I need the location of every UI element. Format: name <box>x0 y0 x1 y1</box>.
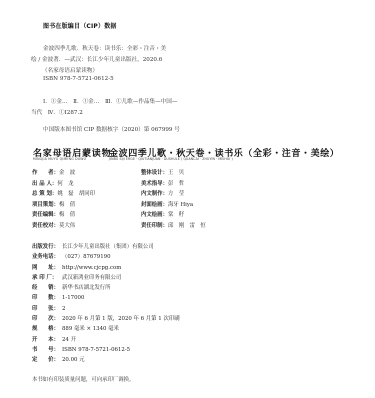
website-link: http://www.cjcpg.com <box>62 265 121 271</box>
publication-info: 出版发行：长江少年儿童出版社（集团）有限公司 业务电话：（027）8767919… <box>32 242 180 366</box>
credit-label: 作 者： <box>32 168 59 179</box>
pub-value: 新华书店湖北发行所 <box>62 285 111 291</box>
pub-label: 出版发行： <box>32 242 62 252</box>
pub-row: 书 号：ISBN 978-7-5721-0612-5 <box>32 345 180 355</box>
credit-value: 棠 籽 <box>168 212 184 218</box>
credit-label: 整体设计： <box>141 168 168 179</box>
pub-value: 889 毫米 × 1340 毫米 <box>62 326 119 332</box>
pub-label: 印 张： <box>32 304 62 314</box>
cip-line: 金波四季儿歌．秋天卷：读书乐：全彩・注音・美 <box>43 44 166 52</box>
credit-row: 作 者：金 波 <box>32 168 95 179</box>
pub-value: 长江少年儿童出版社（集团）有限公司 <box>62 244 154 250</box>
credit-label: 出 品 人： <box>32 179 57 190</box>
pub-label: 定 价： <box>32 355 62 365</box>
credit-label: 美术指导： <box>141 179 168 190</box>
pub-value: 2020 年 6 月第 1 版，2020 年 6 月第 1 次印刷 <box>62 316 180 322</box>
pub-row: 开 本：24 开 <box>32 335 180 345</box>
cip-line: （名家母语启蒙读物） <box>42 66 98 74</box>
cip-line: ISBN 978-7-5721-0612-5 <box>43 76 114 82</box>
credit-label: 内文制作： <box>141 189 168 200</box>
pub-row: 印 次：2020 年 6 月第 1 版，2020 年 6 月第 1 次印刷 <box>32 314 180 324</box>
cip-title: 图书在版编目（CIP）数据 <box>43 21 117 30</box>
credit-label: 封面绘画： <box>141 200 168 211</box>
credit-label: 内文绘画： <box>141 210 168 221</box>
pub-value: 2 <box>62 306 65 312</box>
cip-line: 绘 / 金波著．—武汉：长江少年儿童出版社，2020.6 <box>31 55 162 63</box>
credit-value: 邱 刚 雷 恒 <box>168 223 206 229</box>
series-pinyin: MINGJIA MUYU QIMENG DUWU <box>33 157 86 161</box>
pub-row: 承 印 厂：武汉新鸿业印务有限公司 <box>32 273 180 283</box>
credit-value: 海牙 Hiya <box>168 202 193 208</box>
credit-value: 莫大伟 <box>59 223 75 229</box>
pub-value: 武汉新鸿业印务有限公司 <box>62 275 121 281</box>
cip-line: Ⅰ．①金… Ⅱ．①金… Ⅲ．①儿歌—作品集—中国— <box>43 97 177 105</box>
credit-row: 责任印制：邱 刚 雷 恒 <box>141 221 206 232</box>
pub-value: （027）87679190 <box>62 254 111 260</box>
pub-label: 印 数： <box>32 293 62 303</box>
pub-row: 出版发行：长江少年儿童出版社（集团）有限公司 <box>32 242 180 252</box>
pub-row: 印 张：2 <box>32 304 180 314</box>
credit-row: 内文绘画：棠 籽 <box>141 210 206 221</box>
credit-label: 项目策划： <box>32 200 59 211</box>
pub-value: ISBN 978-7-5721-0612-5 <box>62 347 130 353</box>
credit-row: 总 策 划：姚 磊 胡同印 <box>32 189 95 200</box>
credit-row: 整体设计：王 贝 <box>141 168 206 179</box>
credit-value: 方 莹 <box>168 191 184 197</box>
copyright-page: 图书在版编目（CIP）数据 金波四季儿歌．秋天卷：读书乐：全彩・注音・美 绘 /… <box>0 0 375 398</box>
pub-row: 规 格：889 毫米 × 1340 毫米 <box>32 324 180 334</box>
credit-row: 项目策划：梅 倩 <box>32 200 95 211</box>
credit-label: 总 策 划： <box>32 189 57 200</box>
credit-value: 梅 倩 <box>59 212 75 218</box>
pub-value: 20.00 元 <box>62 357 85 363</box>
pub-label: 网 址： <box>32 263 62 273</box>
credit-row: 责任校对：莫大伟 <box>32 221 95 232</box>
pub-label: 书 号： <box>32 345 62 355</box>
credit-value: 姚 磊 胡同印 <box>57 191 95 197</box>
pub-label: 开 本： <box>32 335 62 345</box>
pub-row: 业务电话：（027）87679190 <box>32 252 180 262</box>
credit-row: 美术指导：彭 哲 <box>141 179 206 190</box>
credit-value: 金 波 <box>59 170 75 176</box>
pub-label: 业务电话： <box>32 252 62 262</box>
pub-label: 规 格： <box>32 324 62 334</box>
credit-value: 梅 倩 <box>59 202 75 208</box>
credit-value: 何 龙 <box>57 181 73 187</box>
credit-row: 出 品 人：何 龙 <box>32 179 95 190</box>
credit-row: 封面绘画：海牙 Hiya <box>141 200 206 211</box>
credit-label: 责任编辑： <box>32 210 59 221</box>
credit-row: 内文制作：方 莹 <box>141 189 206 200</box>
pub-value: 24 开 <box>62 337 76 343</box>
pub-row: 定 价：20.00 元 <box>32 355 180 365</box>
credit-label: 责任印制： <box>141 221 168 232</box>
book-pinyin: JINBO SIJI ERGE · QIUTIANJUAN · DUSHULE … <box>109 157 233 161</box>
credits-left: 作 者：金 波 出 品 人：何 龙 总 策 划：姚 磊 胡同印 项目策划：梅 倩… <box>32 168 95 231</box>
footer-note: 本书如有印装质量问题，可向承印厂调换。 <box>32 375 134 383</box>
cip-line: 中国版本图书馆 CIP 数据核字（2020）第 067999 号 <box>43 125 180 133</box>
pub-row: 印 数：1-17000 <box>32 293 180 303</box>
credit-label: 责任校对： <box>32 221 59 232</box>
cip-line: 当代 Ⅳ．①I287.2 <box>31 108 83 116</box>
pub-label: 印 次： <box>32 314 62 324</box>
credit-row: 责任编辑：梅 倩 <box>32 210 95 221</box>
credit-value: 王 贝 <box>168 170 184 176</box>
pub-value: 1-17000 <box>62 295 84 301</box>
pub-label: 承 印 厂： <box>32 273 62 283</box>
credit-value: 彭 哲 <box>168 181 184 187</box>
pub-row: 经 销：新华书店湖北发行所 <box>32 283 180 293</box>
pub-label: 经 销： <box>32 283 62 293</box>
pub-row: 网 址：http://www.cjcpg.com <box>32 263 180 273</box>
credits-right: 整体设计：王 贝 美术指导：彭 哲 内文制作：方 莹 封面绘画：海牙 Hiya … <box>141 168 206 231</box>
